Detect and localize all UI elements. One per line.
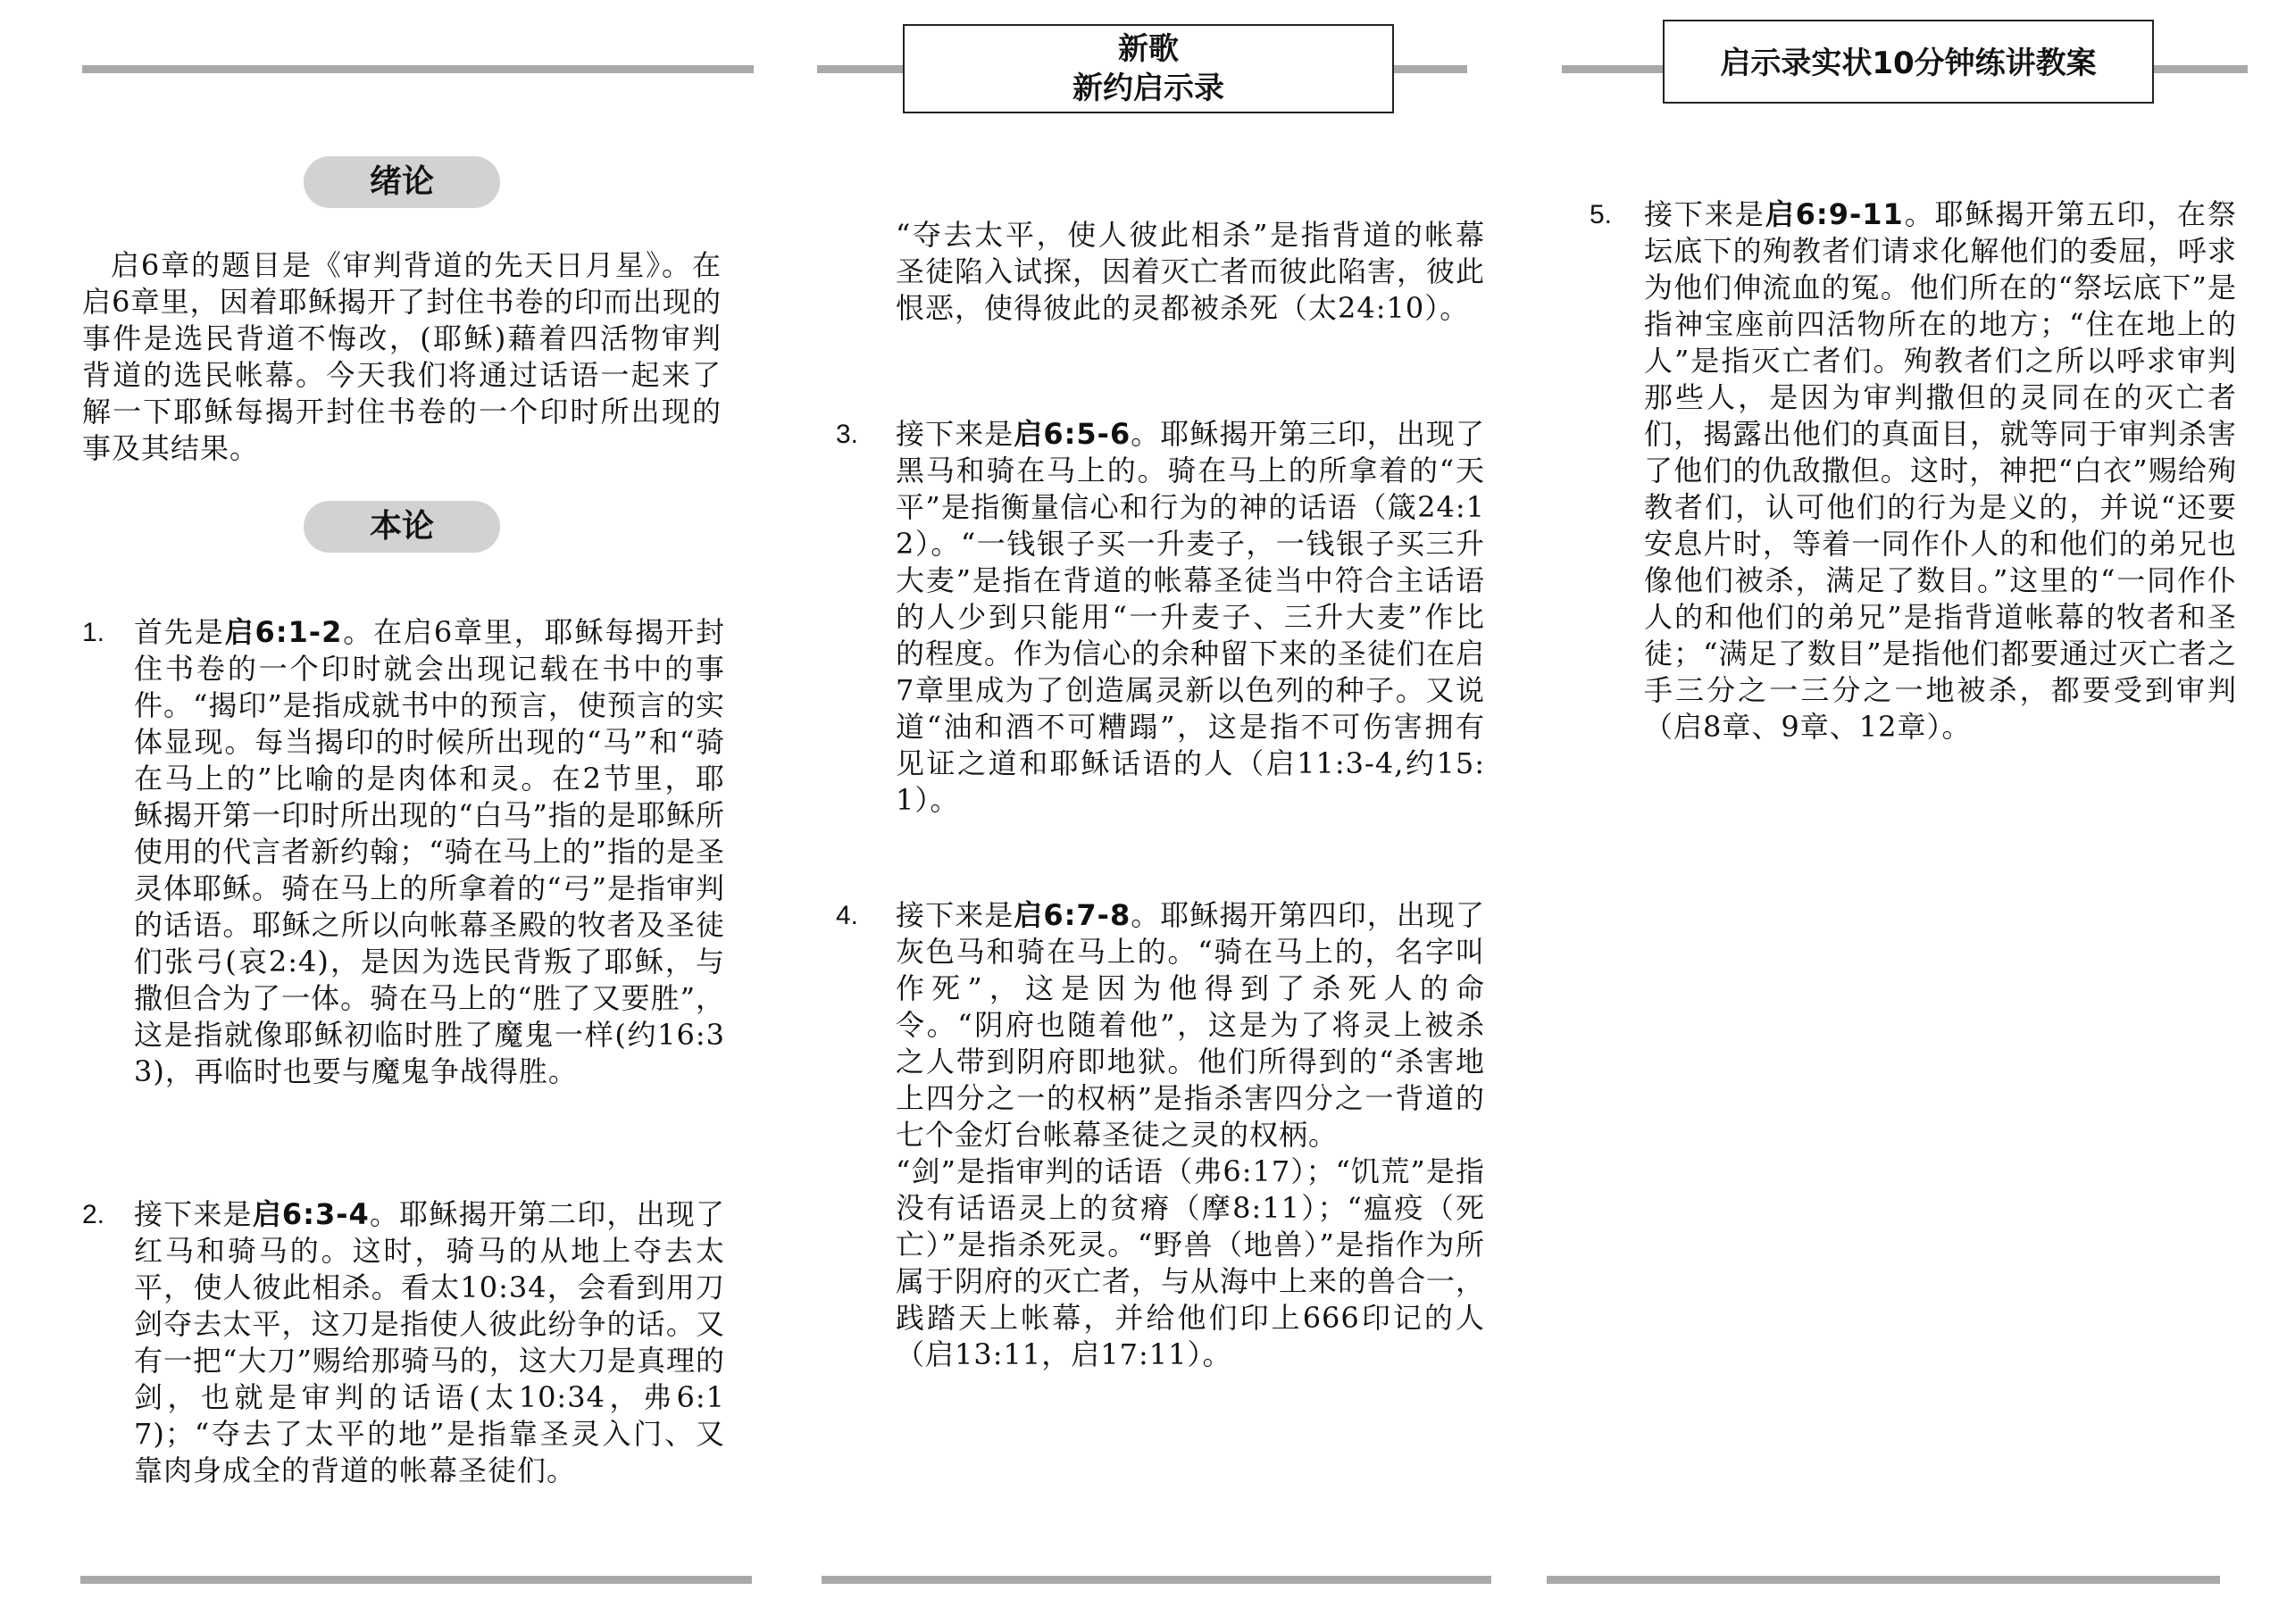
item-text: 。耶稣揭开第三印，出现了黑马和骑在马上的。骑在马上的所拿着的“天平”是指衡量信心… [896, 417, 1485, 817]
item-2-continuation: “夺去太平，使人彼此相杀”是指背道的帐幕圣徒陷入试探，因着灭亡者而彼此陷害，彼此… [896, 217, 1485, 327]
right-title-box: 启示录实状10分钟练讲教案 [1663, 20, 2154, 104]
scripture-ref: 启6:9-11 [1765, 197, 1904, 231]
item-lead: 接下来是 [134, 1197, 253, 1231]
list-item-4: 4. 接下来是启6:7-8。耶稣揭开第四印，出现了灰色马和骑在马上的。“骑在马上… [836, 897, 1485, 1373]
item-number: 5. [1590, 196, 1634, 233]
main-heading: 本论 [304, 501, 500, 553]
bottom-rule-left [80, 1576, 752, 1584]
list-item-2: 2. 接下来是启6:3-4。耶稣揭开第二印，出现了红马和骑马的。这时，骑马的从地… [82, 1196, 725, 1489]
scripture-ref: 启6:1-2 [225, 615, 343, 649]
item-number: 3. [836, 416, 880, 453]
item-text: 。耶稣揭开第五印，在祭坛底下的殉教者们请求化解他们的委屈，呼求为他们伸流血的冤。… [1644, 197, 2237, 744]
center-title-box: 新歌 新约启示录 [903, 24, 1394, 113]
bottom-rule-center [822, 1576, 1491, 1584]
list-item-3: 3. 接下来是启6:5-6。耶稣揭开第三印，出现了黑马和骑在马上的。骑在马上的所… [836, 416, 1485, 819]
center-title-line2: 新约启示录 [905, 69, 1392, 108]
scripture-ref: 启6:7-8 [1014, 898, 1131, 932]
scripture-ref: 启6:3-4 [253, 1197, 370, 1231]
center-title-line1: 新歌 [905, 29, 1392, 69]
intro-heading-label: 绪论 [370, 163, 434, 200]
item-text: 。耶稣揭开第二印，出现了红马和骑马的。这时，骑马的从地上夺去太平，使人彼此相杀。… [134, 1197, 725, 1487]
list-item-5: 5. 接下来是启6:9-11。耶稣揭开第五印，在祭坛底下的殉教者们请求化解他们的… [1590, 196, 2237, 745]
intro-heading: 绪论 [304, 156, 500, 208]
item-lead: 接下来是 [1644, 197, 1765, 231]
intro-paragraph: 启6章的题目是《审判背道的先天日月星》。在启6章里，因着耶稣揭开了封住书卷的印而… [82, 247, 722, 467]
main-heading-label: 本论 [370, 508, 434, 545]
item-number: 4. [836, 897, 880, 934]
item-lead: 首先是 [134, 615, 225, 649]
item-4-notes: “剑”是指审判的话语（弗6:17）；“饥荒”是指没有话语灵上的贫瘠（摩8:11）… [896, 1153, 1485, 1373]
item-text: 。耶稣揭开第四印，出现了灰色马和骑在马上的。“骑在马上的，名字叫作死”，这是因为… [896, 898, 1485, 1152]
item-number: 2. [82, 1196, 127, 1233]
item-lead: 接下来是 [896, 898, 1014, 932]
bottom-rule-right [1547, 1576, 2220, 1584]
top-rule-left [82, 65, 754, 73]
item-text: 。在启6章里，耶稣每揭开封住书卷的一个印时就会出现记载在书中的事件。“揭印”是指… [134, 615, 725, 1088]
item-lead: 接下来是 [896, 417, 1014, 451]
right-title: 启示录实状10分钟练讲教案 [1720, 46, 2096, 81]
list-item-1: 1. 首先是启6:1-2。在启6章里，耶稣每揭开封住书卷的一个印时就会出现记载在… [82, 614, 725, 1090]
item-number: 1. [82, 614, 127, 651]
scripture-ref: 启6:5-6 [1014, 417, 1131, 451]
